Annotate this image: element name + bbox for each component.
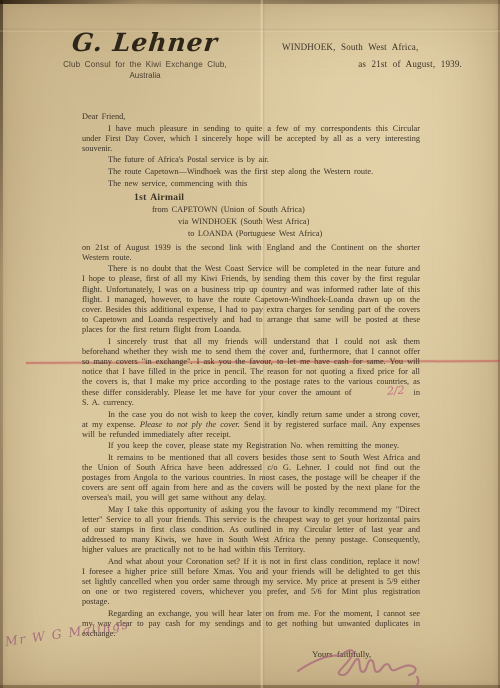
sender-country: Australia <box>30 71 260 80</box>
paragraph-future: The future of Africa's Postal service is… <box>82 155 420 165</box>
place-date-block: WINDHOEK, South West Africa, as 21st of … <box>282 42 464 69</box>
sender-name: G. Lehner <box>28 28 261 57</box>
recipient-note-handwritten: Mr W G Malings <box>4 613 155 649</box>
airmail-block: 1st Airmail from CAPETOWN (Union of Sout… <box>82 192 420 240</box>
salutation: Dear Friend, <box>82 112 420 122</box>
signature-scrawl <box>296 644 446 688</box>
sender-letterhead: G. Lehner Club Consul for the Kiwi Excha… <box>30 28 260 80</box>
paragraph-registration: If you keep the cover, please state my R… <box>82 441 420 451</box>
airmail-from-line: from CAPETOWN (Union of South Africa) <box>152 204 420 216</box>
letter-sheet: G. Lehner Club Consul for the Kiwi Excha… <box>0 0 500 688</box>
airmail-via-line: via WINDHOEK (South West Africa) <box>178 216 420 228</box>
paragraph-second-link: on 21st of August 1939 is the second lin… <box>82 243 420 263</box>
paragraph-price: I sincerely trust that all my friends wi… <box>82 337 420 409</box>
italic-instruction: Please to not ply the cover. <box>140 420 240 429</box>
letter-body: Dear Friend, I have much pleasure in sen… <box>82 112 420 641</box>
paragraph-return-cover: In the case you do not wish to keep the … <box>82 410 420 440</box>
paragraph-new-service: The new service, commencing with this <box>82 179 420 189</box>
paragraph-route: The route Capetown—Windhoek was the firs… <box>82 167 420 177</box>
airmail-heading: 1st Airmail <box>134 192 420 204</box>
handwritten-amount: 2/2 <box>360 385 404 398</box>
date-line: as 21st of August, 1939. <box>282 59 464 69</box>
place-line: WINDHOEK, South West Africa, <box>282 42 464 52</box>
paragraph-direct-letter: May I take this opportunity of asking yo… <box>82 505 420 555</box>
airmail-to-line: to LOANDA (Portuguese West Africa) <box>188 228 420 240</box>
paragraph-postages: It remains to be mentioned that all cove… <box>82 453 420 503</box>
paper-edge-left <box>0 0 3 688</box>
paragraph-intro: I have much pleasure in sending to quite… <box>82 124 420 154</box>
paragraph-coronation: And what about your Coronation set? If i… <box>82 557 420 607</box>
paragraph-west-coast: There is no doubt that the West Coast Se… <box>82 264 420 335</box>
paper-edge-top <box>0 0 500 4</box>
sender-role: Club Consul for the Kiwi Exchange Club, <box>30 60 260 69</box>
